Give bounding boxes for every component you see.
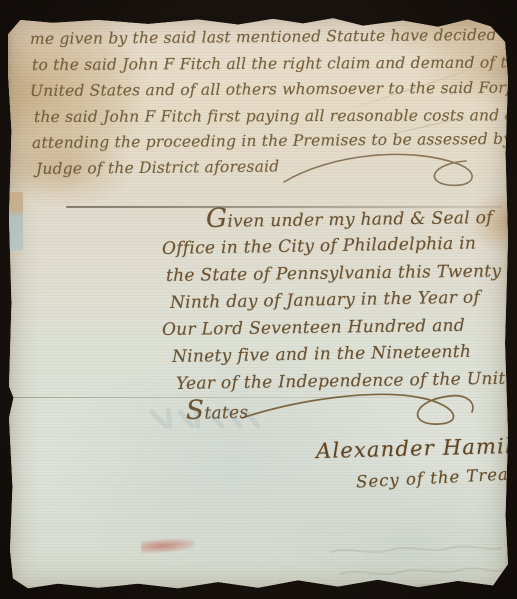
tape-repair (6, 192, 23, 250)
bleed-through-writing (326, 538, 506, 594)
handwritten-line: me given by the said last mentioned Stat… (30, 21, 517, 52)
manuscript-page: me given by the said last mentioned Stat… (8, 16, 508, 590)
photo-background: me given by the said last mentioned Stat… (0, 0, 517, 599)
pen-flourish (280, 148, 495, 200)
handwritten-line: United States and of all others whomsoev… (30, 74, 517, 104)
signature-title: Secy of the Treasy (356, 463, 517, 491)
handwritten-line: to the said John F Fitch all the right c… (32, 49, 517, 78)
red-smudge (141, 537, 196, 554)
bleed-through-writing (146, 400, 276, 436)
signature: Alexander Hamilton (316, 433, 517, 463)
